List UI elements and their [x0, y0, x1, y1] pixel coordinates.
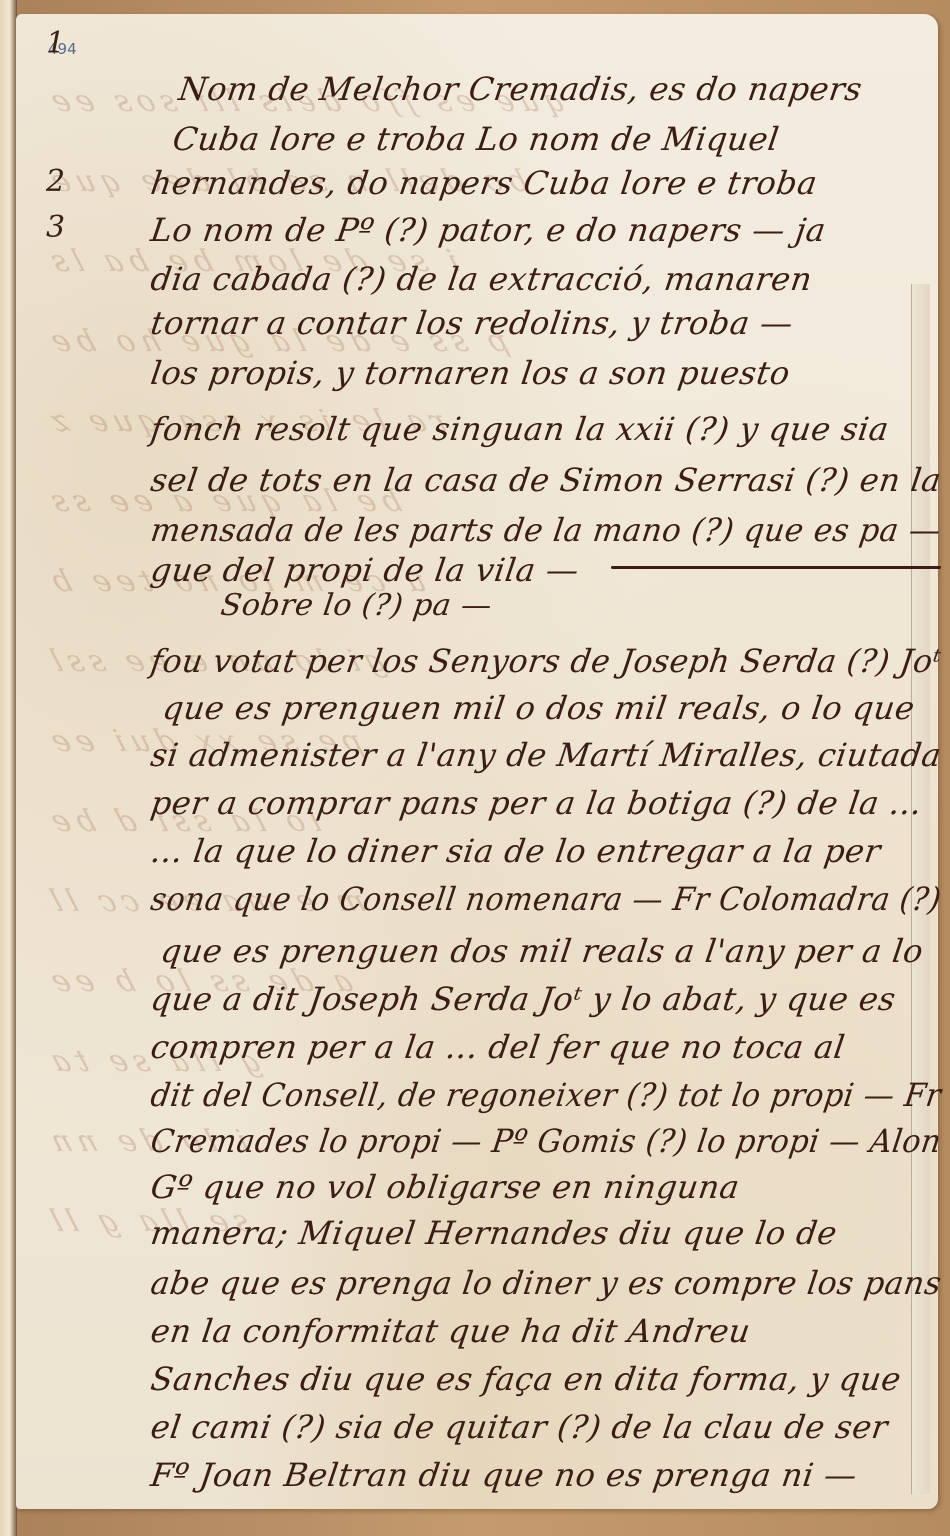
text-line: tornar a contar los redolins, y troba — [148, 304, 795, 342]
line-filler-stroke [611, 566, 941, 569]
manuscript-page: que es ffo dels lli sos ee bo dell n sa … [16, 14, 938, 1509]
text-line: Cremades lo propi — Pº Gomis (?) lo prop… [148, 1122, 944, 1160]
text-line: sona que lo Consell nomenara — Fr Coloma… [148, 880, 943, 918]
text-line: manera; Miquel Hernandes diu que lo de [148, 1214, 839, 1252]
text-line: mensada de les parts de la mano (?) que … [148, 511, 943, 549]
margin-number-1: 1 [46, 26, 65, 61]
binding-spine [0, 0, 17, 1536]
text-line: abe que es prenga lo diner y es compre l… [148, 1264, 944, 1302]
text-line: sel de tots en la casa de Simon Serrasi … [148, 461, 944, 499]
text-line: Cuba lore e troba Lo nom de Miquel [170, 120, 781, 158]
text-line: que a dit Joseph Serda Joᵗ y lo abat, y … [148, 980, 898, 1018]
text-line: per a comprar pans per a la botiga (?) d… [148, 784, 924, 822]
text-line: gue del propi de la vila — [148, 551, 581, 589]
text-line: que es prenguen dos mil reals a l'any pe… [158, 932, 926, 970]
section-heading: Sobre lo (?) pa — [219, 588, 495, 623]
text-line: Lo nom de Pº (?) pator, e do napers — ja [148, 211, 828, 249]
text-line: el cami (?) sia de quitar (?) de la clau… [148, 1408, 890, 1446]
text-line: ... la que lo diner sia de lo entregar a… [148, 832, 883, 870]
text-line: Fº Joan Beltran diu que no es prenga ni … [148, 1456, 859, 1494]
text-line: dia cabada (?) de la extracció, manaren [148, 260, 814, 298]
margin-number-3: 3 [46, 210, 65, 245]
text-line: Nom de Melchor Cremadis, es do napers [176, 70, 864, 108]
text-line: fonch resolt que singuan la xxii (?) y q… [148, 410, 891, 448]
text-line: dit del Consell, de regoneixer (?) tot l… [148, 1076, 943, 1114]
text-line: si admenister a l'any de Martí Miralles,… [148, 736, 944, 774]
text-line: fou votat per los Senyors de Joseph Serd… [148, 642, 943, 680]
text-line: Sanches diu que es faça en dita forma, y… [148, 1360, 903, 1398]
margin-number-2: 2 [46, 164, 65, 199]
text-line: compren per a la ... del fer que no toca… [148, 1028, 847, 1066]
text-line: en la conformitat que ha dit Andreu [148, 1312, 753, 1350]
text-line: que es prenguen mil o dos mil reals, o l… [160, 689, 917, 727]
text-line: los propis, y tornaren los a son puesto [148, 354, 792, 392]
text-line: hernandes, do napers Cuba lore e troba [148, 164, 819, 202]
text-line: Gº que no vol obligarse en ninguna [148, 1168, 742, 1206]
